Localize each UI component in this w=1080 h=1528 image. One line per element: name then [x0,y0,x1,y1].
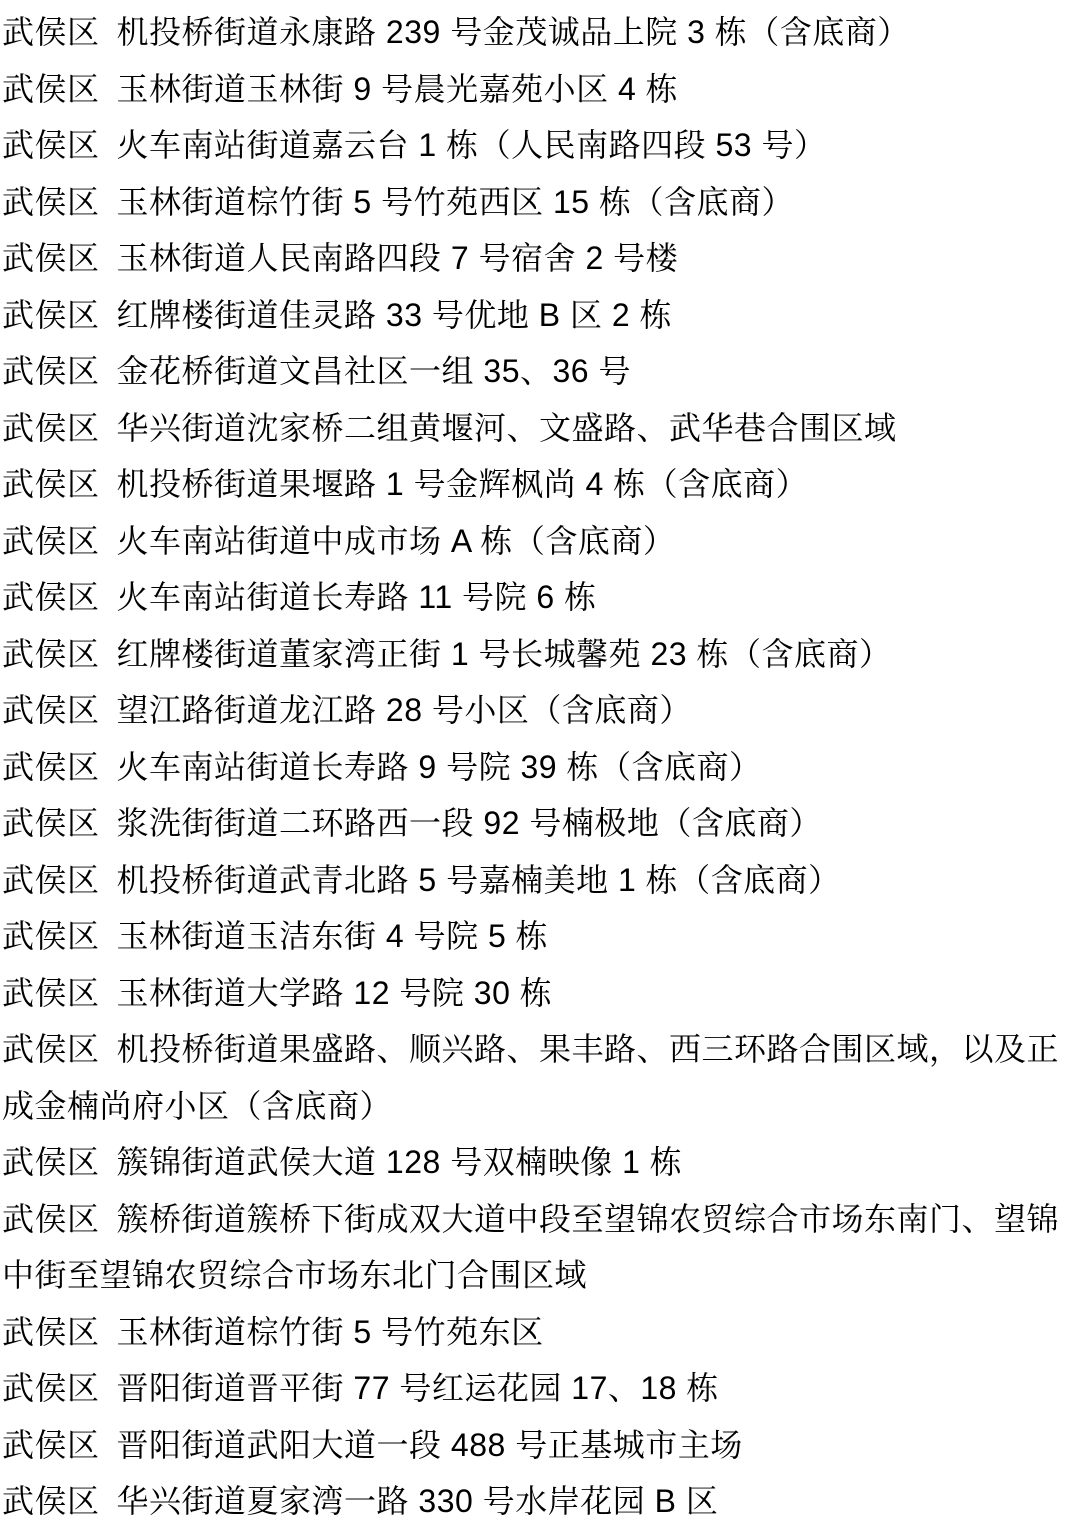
list-item: 武侯区火车南站街道嘉云台 1 栋（人民南路四段 53 号） [2,117,1078,174]
address-text: 玉林街道棕竹街 5 号竹苑东区 [117,1314,544,1350]
district-label: 武侯区 [2,184,100,220]
address-text: 簇锦街道武侯大道 128 号双楠映像 1 栋 [117,1144,683,1180]
district-label: 武侯区 [2,975,100,1011]
list-item: 武侯区晋阳街道武阳大道一段 488 号正基城市主场 [2,1417,1078,1474]
district-label: 武侯区 [2,862,100,898]
list-item: 武侯区火车南站街道长寿路 9 号院 39 栋（含底商） [2,739,1078,796]
district-label: 武侯区 [2,127,100,163]
address-text: 金花桥街道文昌社区一组 35、36 号 [117,353,631,389]
address-text: 晋阳街道晋平街 77 号红运花园 17、18 栋 [117,1370,719,1406]
district-label: 武侯区 [2,749,100,785]
list-item: 武侯区玉林街道玉林街 9 号晨光嘉苑小区 4 栋 [2,61,1078,118]
list-item: 武侯区玉林街道棕竹街 5 号竹苑东区 [2,1304,1078,1361]
list-item: 武侯区机投桥街道武青北路 5 号嘉楠美地 1 栋（含底商） [2,852,1078,909]
address-list: 武侯区机投桥街道永康路 239 号金茂诚品上院 3 栋（含底商） 武侯区玉林街道… [0,0,1080,1528]
address-text: 华兴街道夏家湾一路 330 号水岸花园 B 区 [117,1483,719,1519]
district-label: 武侯区 [2,14,100,50]
address-text: 机投桥街道果盛路、顺兴路、果丰路、西三环路合围区域，以及正成金楠尚府小区（含底商… [2,1031,1059,1124]
list-item: 武侯区机投桥街道永康路 239 号金茂诚品上院 3 栋（含底商） [2,4,1078,61]
district-label: 武侯区 [2,1314,100,1350]
district-label: 武侯区 [2,297,100,333]
district-label: 武侯区 [2,579,100,615]
district-label: 武侯区 [2,1144,100,1180]
address-text: 火车南站街道长寿路 11 号院 6 栋 [117,579,597,615]
address-text: 玉林街道玉洁东街 4 号院 5 栋 [117,918,549,954]
district-label: 武侯区 [2,466,100,502]
address-text: 红牌楼街道佳灵路 33 号优地 B 区 2 栋 [117,297,673,333]
district-label: 武侯区 [2,240,100,276]
list-item: 武侯区华兴街道夏家湾一路 330 号水岸花园 B 区 [2,1473,1078,1528]
address-text: 玉林街道人民南路四段 7 号宿舍 2 号楼 [117,240,679,276]
list-item: 武侯区金花桥街道文昌社区一组 35、36 号 [2,343,1078,400]
address-text: 玉林街道棕竹街 5 号竹苑西区 15 栋（含底商） [117,184,794,220]
list-item: 武侯区玉林街道人民南路四段 7 号宿舍 2 号楼 [2,230,1078,287]
list-item: 武侯区望江路街道龙江路 28 号小区（含底商） [2,682,1078,739]
address-text: 红牌楼街道董家湾正街 1 号长城馨苑 23 栋（含底商） [117,636,892,672]
address-text: 机投桥街道果堰路 1 号金辉枫尚 4 栋（含底商） [117,466,809,502]
district-label: 武侯区 [2,918,100,954]
district-label: 武侯区 [2,636,100,672]
district-label: 武侯区 [2,353,100,389]
list-item: 武侯区机投桥街道果堰路 1 号金辉枫尚 4 栋（含底商） [2,456,1078,513]
address-text: 机投桥街道武青北路 5 号嘉楠美地 1 栋（含底商） [117,862,841,898]
address-text: 火车南站街道嘉云台 1 栋（人民南路四段 53 号） [117,127,827,163]
list-item: 武侯区火车南站街道长寿路 11 号院 6 栋 [2,569,1078,626]
district-label: 武侯区 [2,1370,100,1406]
district-label: 武侯区 [2,1427,100,1463]
address-text: 华兴街道沈家桥二组黄堰河、文盛路、武华巷合围区域 [117,410,897,446]
list-item: 武侯区玉林街道大学路 12 号院 30 栋 [2,965,1078,1022]
district-label: 武侯区 [2,523,100,559]
address-text: 玉林街道玉林街 9 号晨光嘉苑小区 4 栋 [117,71,679,107]
district-label: 武侯区 [2,805,100,841]
list-item: 武侯区火车南站街道中成市场 A 栋（含底商） [2,513,1078,570]
address-text: 玉林街道大学路 12 号院 30 栋 [117,975,553,1011]
list-item: 武侯区玉林街道棕竹街 5 号竹苑西区 15 栋（含底商） [2,174,1078,231]
address-text: 簇桥街道簇桥下街成双大道中段至望锦农贸综合市场东南门、望锦中街至望锦农贸综合市场… [2,1201,1059,1294]
district-label: 武侯区 [2,1483,100,1519]
address-text: 机投桥街道永康路 239 号金茂诚品上院 3 栋（含底商） [117,14,910,50]
district-label: 武侯区 [2,71,100,107]
address-text: 浆洗街街道二环路西一段 92 号楠极地（含底商） [117,805,822,841]
list-item: 武侯区晋阳街道晋平街 77 号红运花园 17、18 栋 [2,1360,1078,1417]
address-text: 望江路街道龙江路 28 号小区（含底商） [117,692,692,728]
address-text: 火车南站街道中成市场 A 栋（含底商） [117,523,676,559]
list-item: 武侯区机投桥街道果盛路、顺兴路、果丰路、西三环路合围区域，以及正成金楠尚府小区（… [2,1021,1078,1134]
list-item: 武侯区玉林街道玉洁东街 4 号院 5 栋 [2,908,1078,965]
address-text: 火车南站街道长寿路 9 号院 39 栋（含底商） [117,749,762,785]
list-item: 武侯区华兴街道沈家桥二组黄堰河、文盛路、武华巷合围区域 [2,400,1078,457]
list-item: 武侯区簇桥街道簇桥下街成双大道中段至望锦农贸综合市场东南门、望锦中街至望锦农贸综… [2,1191,1078,1304]
list-item: 武侯区浆洗街街道二环路西一段 92 号楠极地（含底商） [2,795,1078,852]
address-text: 晋阳街道武阳大道一段 488 号正基城市主场 [117,1427,743,1463]
list-item: 武侯区红牌楼街道佳灵路 33 号优地 B 区 2 栋 [2,287,1078,344]
district-label: 武侯区 [2,692,100,728]
district-label: 武侯区 [2,1031,100,1067]
list-item: 武侯区簇锦街道武侯大道 128 号双楠映像 1 栋 [2,1134,1078,1191]
district-label: 武侯区 [2,1201,100,1237]
district-label: 武侯区 [2,410,100,446]
list-item: 武侯区红牌楼街道董家湾正街 1 号长城馨苑 23 栋（含底商） [2,626,1078,683]
